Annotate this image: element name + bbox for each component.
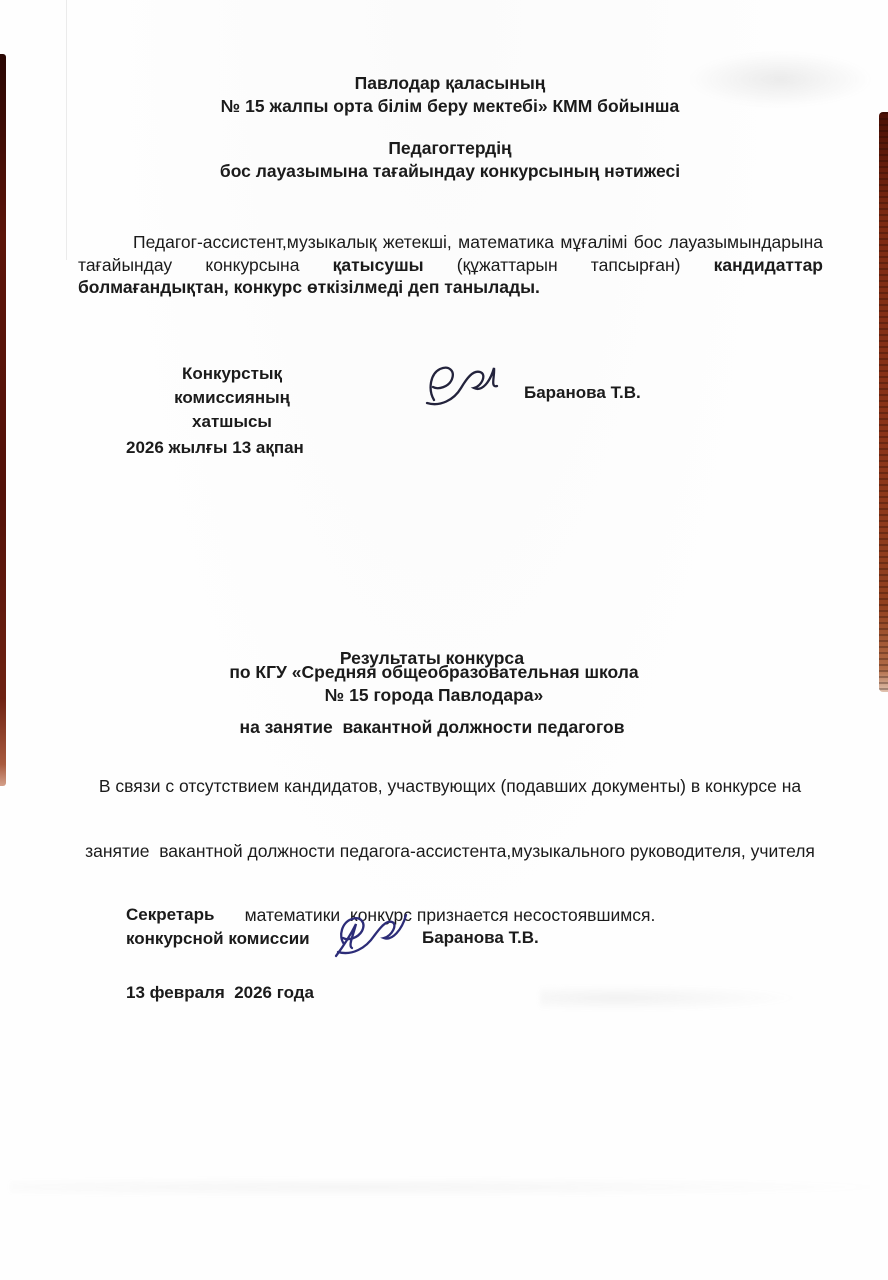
ru-signer-role: Секретарь конкурсной комиссии: [126, 903, 310, 951]
kk-body-seg-bold2: кандидаттар: [714, 255, 823, 275]
kk-body-line3: болмағандықтан, конкурс өткізілмеді деп …: [78, 276, 823, 299]
ru-body-line1: В связи с отсутствием кандидатов, участв…: [6, 776, 888, 798]
ru-signer-name: Баранова Т.В.: [422, 928, 539, 948]
ru-org-line1: по КГУ «Средняя общеобразовательная школ…: [0, 661, 884, 684]
ru-organization-header: по КГУ «Средняя общеобразовательная школ…: [0, 661, 884, 707]
ru-date: 13 февраля 2026 года: [126, 983, 314, 1003]
kk-body-seg-bold1: қатысушы: [333, 255, 424, 275]
kk-body-line2: тағайындау конкурсына қатысушы (құжаттар…: [78, 254, 823, 277]
kk-org-line2: № 15 жалпы орта білім беру мектебі» КММ …: [0, 95, 888, 118]
kk-body-line1: Педагог-ассистент,музыкалық жетекші, мат…: [78, 231, 823, 254]
scan-smudge: [10, 1178, 870, 1196]
ru-signer-role-line1: Секретарь: [126, 903, 310, 927]
ru-signature-scribble: [330, 908, 414, 965]
kk-title-line2: бос лауазымына тағайындау конкурсының нә…: [0, 160, 888, 183]
ru-body-line2: занятие вакантной должности педагога-асс…: [6, 841, 888, 863]
scan-fold-line: [66, 0, 67, 260]
kk-signer-name: Баранова Т.В.: [524, 383, 641, 403]
kk-organization-header: Павлодар қаласының № 15 жалпы орта білім…: [0, 72, 888, 118]
kk-signer-role-line2: хатшысы: [137, 410, 327, 434]
scan-smudge: [540, 985, 800, 1011]
ru-signer-role-line2: конкурсной комиссии: [126, 927, 310, 951]
kk-signer-role: Конкурстық комиссияның хатшысы: [137, 362, 327, 434]
kk-body-seg-regular2: (құжаттарын тапсырған): [424, 255, 714, 275]
kk-document-title: Педагогтердің бос лауазымына тағайындау …: [0, 137, 888, 183]
kk-body-paragraph: Педагог-ассистент,музыкалық жетекші, мат…: [78, 231, 823, 299]
kk-body-seg-regular1: тағайындау конкурсына: [78, 255, 333, 275]
kk-date: 2026 жылғы 13 ақпан: [126, 438, 304, 458]
kk-signer-role-line1: Конкурстық комиссияның: [137, 362, 327, 410]
scanned-document-page: Павлодар қаласының № 15 жалпы орта білім…: [0, 0, 888, 1280]
ru-org-line2: № 15 города Павлодара»: [0, 684, 884, 707]
kk-org-line1: Павлодар қаласының: [0, 72, 888, 95]
kk-signature-scribble: [424, 360, 504, 413]
kk-title-line1: Педагогтердің: [0, 137, 888, 160]
